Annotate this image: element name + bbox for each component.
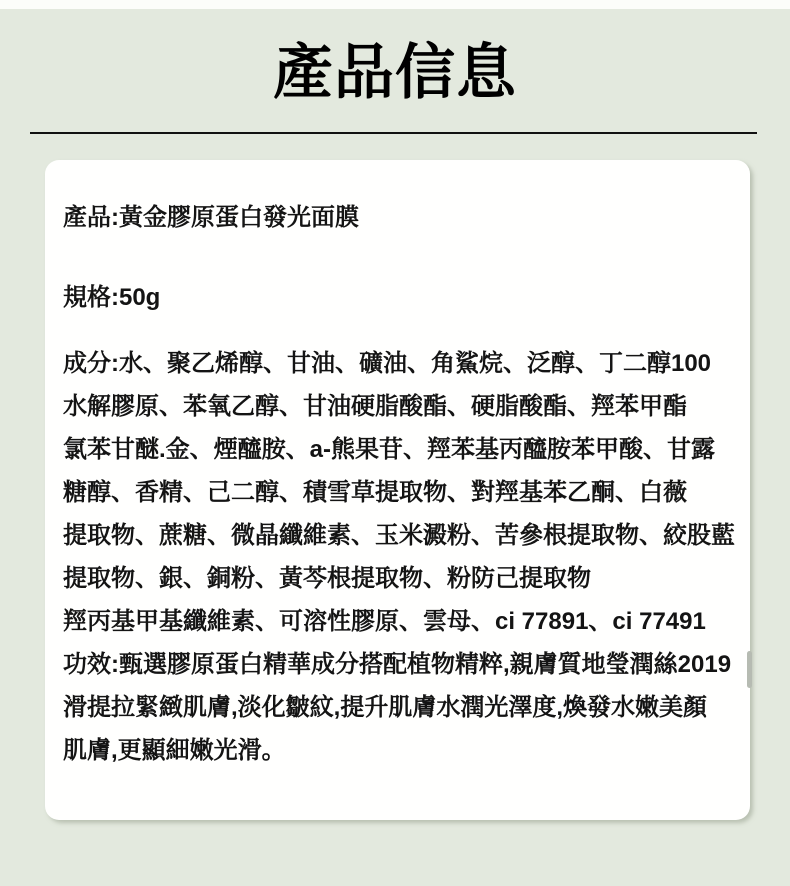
- effects-text-line: 肌膚,更顯細嫩光滑。: [63, 729, 732, 772]
- ingredients-effects-block: 成分:水、聚乙烯醇、甘油、礦油、角鯊烷、泛醇、丁二醇100 水解膠原、苯氧乙醇、…: [63, 342, 732, 772]
- top-white-strip: [0, 0, 790, 9]
- info-text-line: 成分:水、聚乙烯醇、甘油、礦油、角鯊烷、泛醇、丁二醇100: [63, 342, 732, 385]
- info-text-line: 提取物、蔗糖、微晶纖維素、玉米澱粉、苦參根提取物、絞股藍: [63, 514, 732, 557]
- info-text-line: 水解膠原、苯氧乙醇、甘油硬脂酸酯、硬脂酸酯、羥苯甲酯: [63, 385, 732, 428]
- page-title: 產品信息: [0, 34, 790, 112]
- effects-text-line: 滑提拉緊緻肌膚,淡化皺紋,提升肌膚水潤光澤度,煥發水嫩美顏: [63, 686, 732, 729]
- spec-line: 規格:50g: [63, 276, 732, 319]
- info-text-line: 糖醇、香精、己二醇、積雪草提取物、對羥基苯乙酮、白薇: [63, 471, 732, 514]
- info-text-line: 提取物、銀、銅粉、黃芩根提取物、粉防己提取物: [63, 557, 732, 600]
- title-divider-line: [30, 132, 757, 134]
- product-name-line: 產品:黃金膠原蛋白發光面膜: [63, 196, 732, 239]
- info-text-line: 氯苯甘醚.金、煙醯胺、a-熊果苷、羥苯基丙醯胺苯甲酸、甘露: [63, 428, 732, 471]
- effects-text-line: 功效:甄選膠原蛋白精華成分搭配植物精粹,親膚質地瑩潤絲2019: [63, 643, 732, 686]
- info-text-line: 羥丙基甲基纖維素、可溶性膠原、雲母、ci 77891、ci 77491: [63, 600, 732, 643]
- scrollbar-thumb[interactable]: [747, 651, 752, 688]
- product-info-card: 產品:黃金膠原蛋白發光面膜 規格:50g 成分:水、聚乙烯醇、甘油、礦油、角鯊烷…: [45, 160, 750, 820]
